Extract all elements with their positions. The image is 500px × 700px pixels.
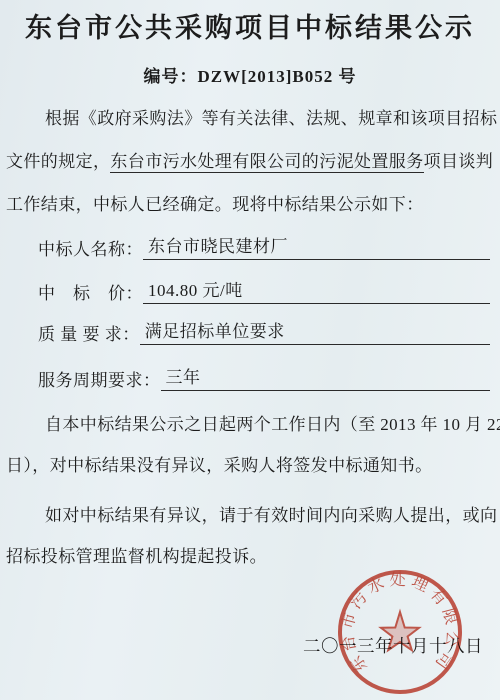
paragraph1-line3: 工作结束，中标人已经确定。现将中标结果公示如下： [6, 190, 490, 215]
field-value-award-price: 104.80 元/吨 [143, 276, 490, 304]
company-seal: 东台市污水处理有限公司 [334, 566, 466, 698]
seal-ring [340, 572, 460, 692]
field-label-winner-name: 中标人名称： [38, 235, 143, 260]
page-title: 东台市公共采购项目中标结果公示 [0, 6, 500, 45]
doc-date: 二〇一三年十月十八日 [303, 633, 483, 658]
field-label-service-period: 服务周期要求： [38, 366, 161, 391]
company-seal-graphic: 东台市污水处理有限公司 [334, 566, 466, 698]
field-value-winner-name: 东台市晓民建材厂 [143, 232, 490, 260]
paragraph2-line2: 日），对中标结果没有异议，采购人将签发中标通知书。 [6, 451, 490, 476]
field-value-service-period: 三年 [161, 363, 491, 391]
paragraph1-line1: 根据《政府采购法》等有关法律、法规、规章和该项目招标 [6, 104, 490, 129]
seal-company-name: 东台市污水处理有限公司 [338, 571, 461, 676]
field-row-winner-name: 中标人名称： 东台市晓民建材厂 [38, 233, 490, 260]
field-row-service-period: 服务周期要求： 三年 [38, 364, 490, 391]
field-label-award-price: 中 标 价： [38, 279, 143, 304]
paragraph1-line2-pre: 文件的规定， [6, 152, 110, 171]
field-label-quality-requirement: 质 量 要 求： [38, 320, 140, 345]
paragraph1-line2: 文件的规定，东台市污水处理有限公司的污泥处置服务项目谈判 [6, 147, 490, 172]
underlined-project-name: 东台市污水处理有限公司的污泥处置服务 [110, 152, 423, 173]
field-value-quality-requirement: 满足招标单位要求 [140, 317, 490, 345]
paragraph1-line2-post: 项目谈判 [424, 152, 494, 171]
doc-number: 编号：DZW[2013]B052 号 [0, 62, 500, 87]
field-row-quality-requirement: 质 量 要 求： 满足招标单位要求 [38, 318, 490, 345]
paragraph3-line2: 招标投标管理监督机构提起投诉。 [6, 542, 490, 567]
scanned-document-page: 东台市公共采购项目中标结果公示 编号：DZW[2013]B052 号 根据《政府… [0, 0, 500, 700]
paragraph3-line1: 如对中标结果有异议，请于有效时间内向采购人提出，或向 [6, 501, 490, 526]
paragraph2-line1: 自本中标结果公示之日起两个工作日内（至 2013 年 10 月 22 [6, 410, 490, 435]
field-row-award-price: 中 标 价： 104.80 元/吨 [38, 277, 490, 304]
